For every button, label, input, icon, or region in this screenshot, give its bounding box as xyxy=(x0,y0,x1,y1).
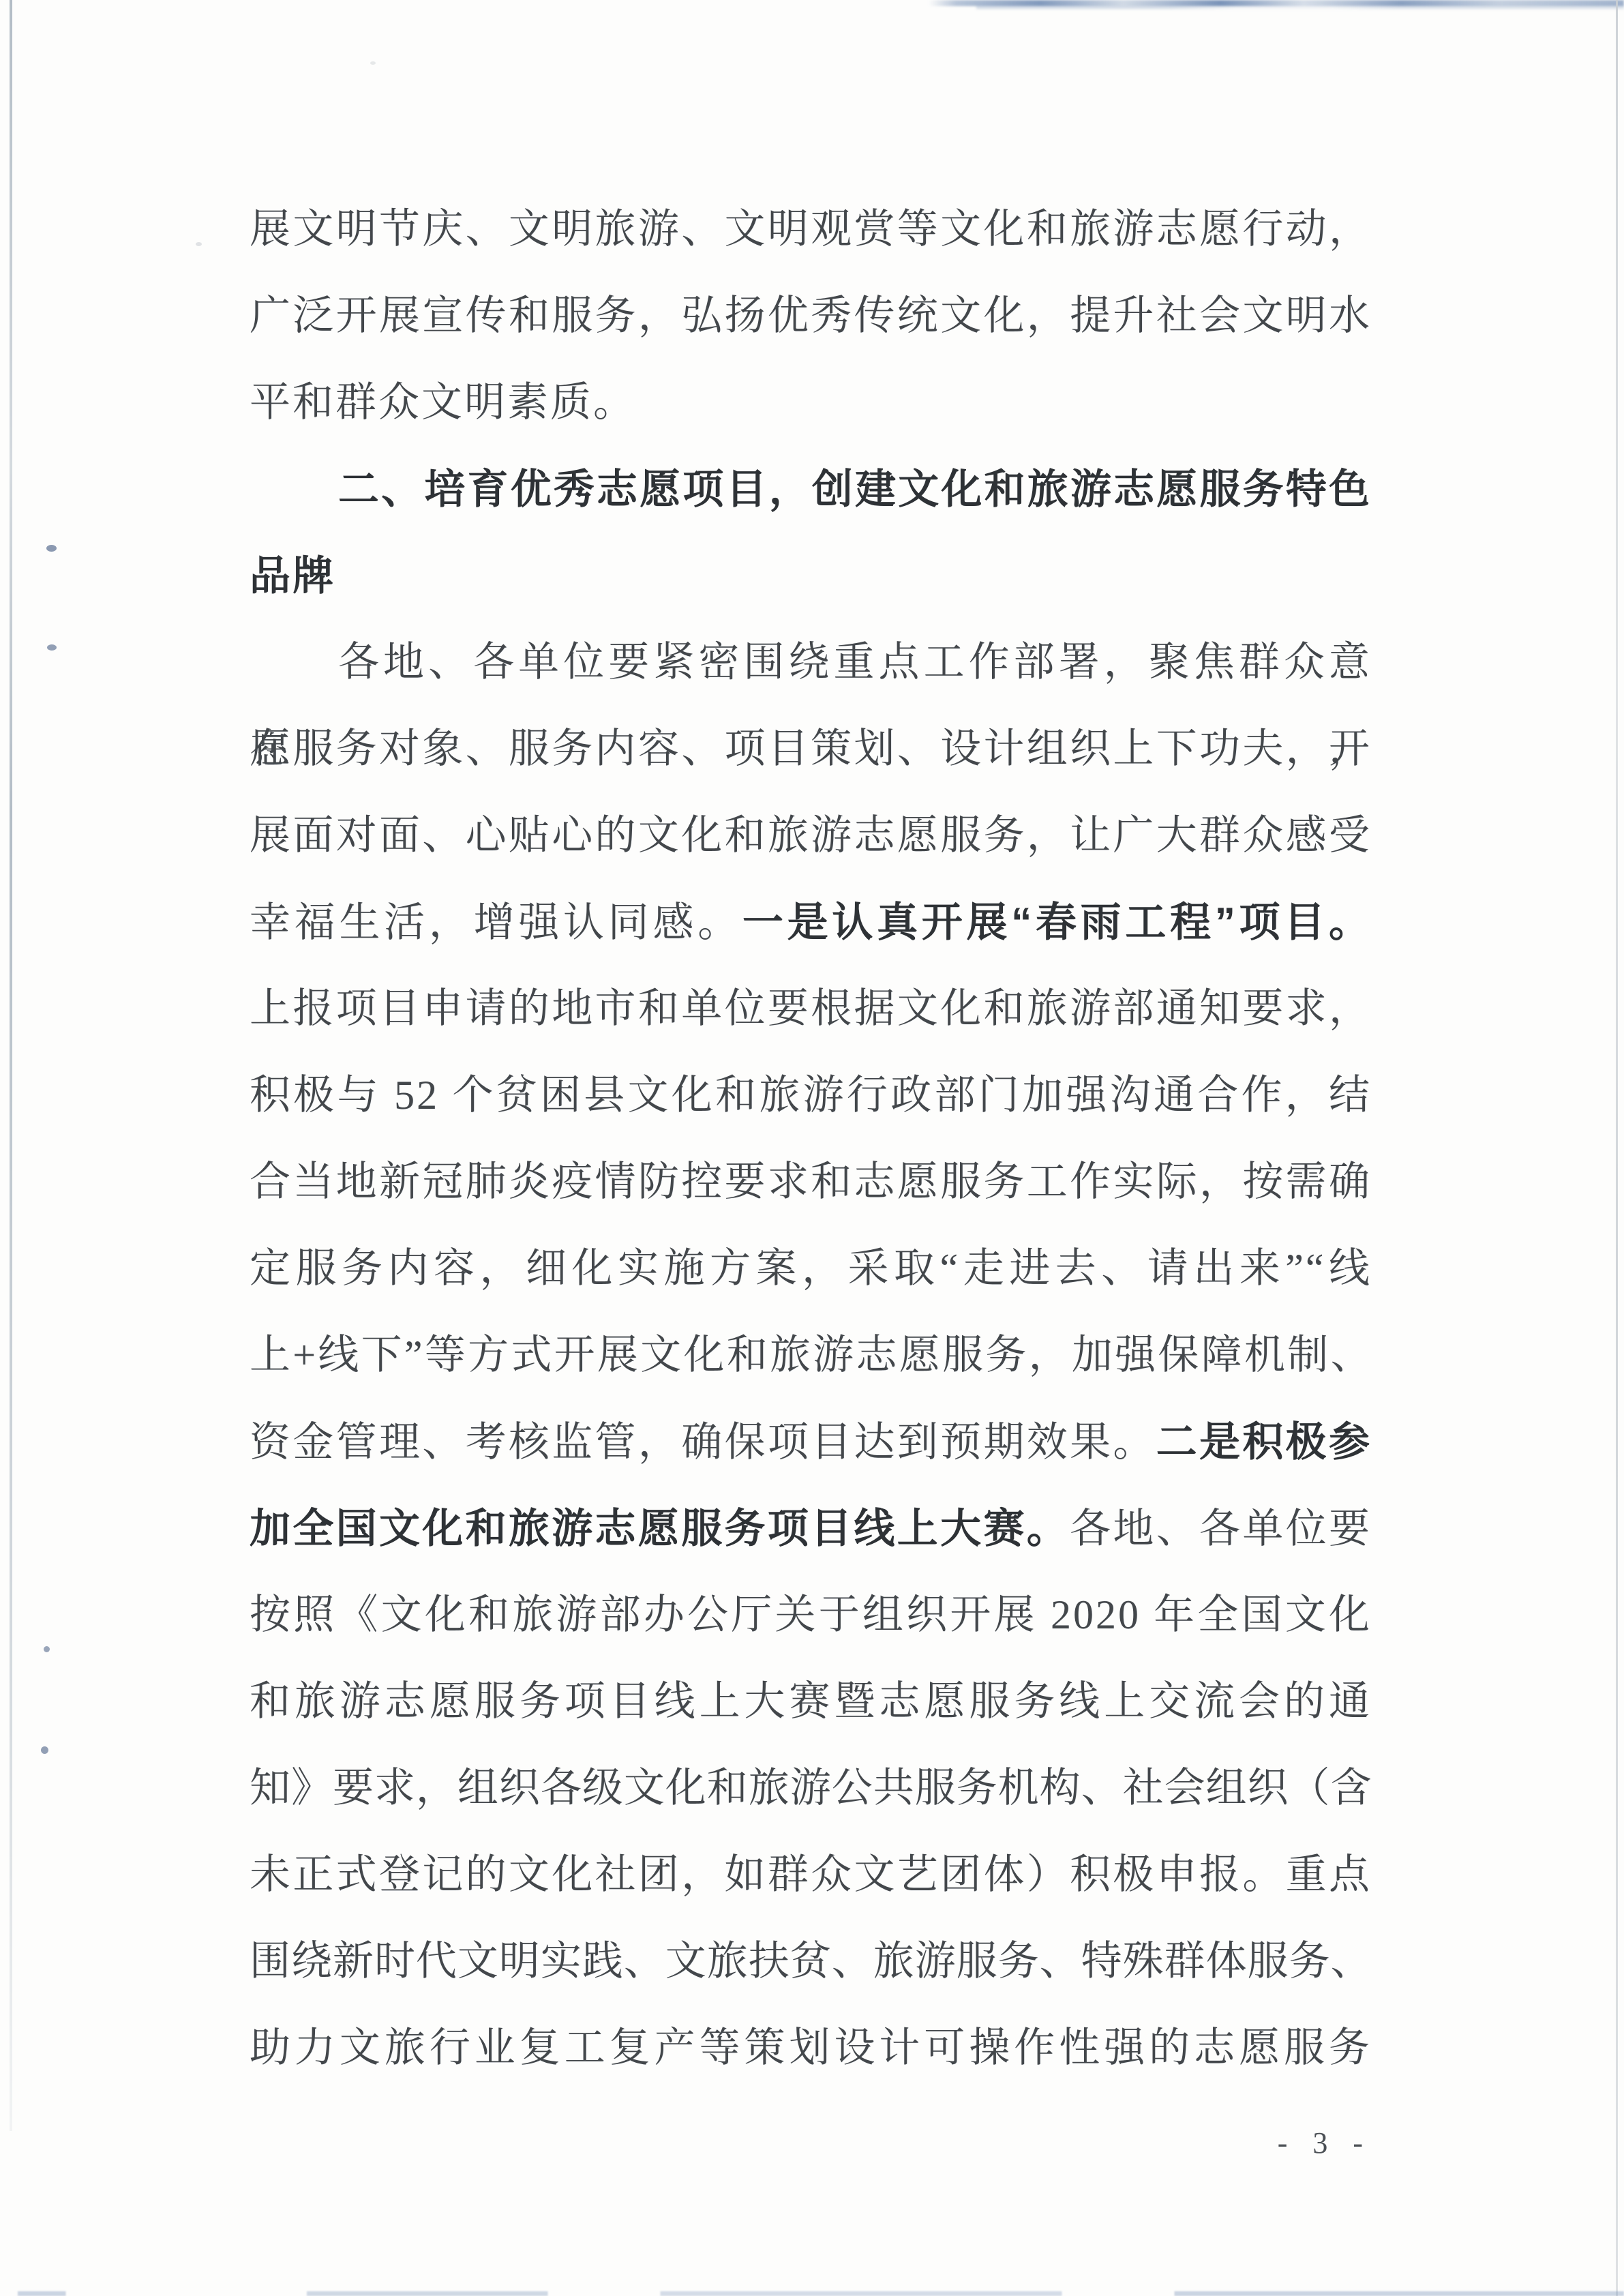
body-text: 在服务对象、服务内容、项目策划、设计组织上下功夫，开 xyxy=(250,726,1372,771)
scan-artifact-left-edge-line xyxy=(10,0,12,2131)
body-text: 平和群众文明素质。 xyxy=(250,380,636,425)
body-text: 广泛开展宣传和服务，弘扬优秀传统文化，提升社会文明水 xyxy=(250,293,1372,338)
body-text: 上报项目申请的地市和单位要根据文化和旅游部通知要求， xyxy=(250,986,1372,1031)
emphasis-text: 加全国文化和旅游志愿服务项目线上大赛。 xyxy=(250,1506,1070,1551)
text-line: 平和群众文明素质。 xyxy=(250,359,1372,446)
document-page: 展文明节庆、文明旅游、文明观赏等文化和旅游志愿行动，广泛开展宣传和服务，弘扬优秀… xyxy=(0,0,1624,2296)
text-line: 幸福生活，增强认同感。一是认真开展“春雨工程”项目。 xyxy=(250,879,1372,966)
body-text: 围绕新时代文明实践、文旅扶贫、旅游服务、特殊群体服务、 xyxy=(250,1939,1372,1984)
text-line: 各地、各单位要紧密围绕重点工作部署，聚焦群众意愿， xyxy=(250,619,1372,706)
text-line: 展文明节庆、文明旅游、文明观赏等文化和旅游志愿行动， xyxy=(250,186,1372,273)
scan-artifact-right-edge-line xyxy=(1616,0,1618,2296)
page-number: - 3 - xyxy=(1278,2122,1372,2164)
body-text: 各地、各单位要 xyxy=(1070,1506,1372,1551)
scan-artifact-top-smudge xyxy=(929,0,1624,6)
emphasis-text: 品牌 xyxy=(250,553,335,599)
text-line: 广泛开展宣传和服务，弘扬优秀传统文化，提升社会文明水 xyxy=(250,273,1372,359)
body-text: 知》要求，组织各级文化和旅游公共服务机构、社会组织（含 xyxy=(250,1765,1372,1810)
text-line: 品牌 xyxy=(250,533,1372,619)
scan-artifact-speck xyxy=(47,644,57,651)
body-text: 合当地新冠肺炎疫情防控要求和志愿服务工作实际，按需确 xyxy=(250,1159,1372,1204)
scan-artifact-speck xyxy=(46,545,57,552)
body-text: 展面对面、心贴心的文化和旅游志愿服务，让广大群众感受 xyxy=(250,813,1372,858)
text-line: 助力文旅行业复工复产等策划设计可操作性强的志愿服务 xyxy=(250,2005,1372,2091)
text-line: 上报项目申请的地市和单位要根据文化和旅游部通知要求， xyxy=(250,966,1372,1052)
scan-artifact-speck xyxy=(44,1646,50,1652)
scan-artifact-speck xyxy=(41,1746,48,1754)
emphasis-text: 二是积极参 xyxy=(1156,1419,1372,1465)
body-text: 积极与 52 个贫困县文化和旅游行政部门加强沟通合作，结 xyxy=(250,1073,1372,1118)
body-text: 助力文旅行业复工复产等策划设计可操作性强的志愿服务 xyxy=(250,2025,1372,2070)
body-text: 按照《文化和旅游部办公厅关于组织开展 2020 年全国文化 xyxy=(250,1592,1372,1637)
text-line: 二、培育优秀志愿项目，创建文化和旅游志愿服务特色 xyxy=(250,446,1372,533)
scan-artifact-speck xyxy=(196,242,202,246)
body-text: 和旅游志愿服务项目线上大赛暨志愿服务线上交流会的通 xyxy=(250,1679,1372,1724)
emphasis-text: 二、培育优秀志愿项目，创建文化和旅游志愿服务特色 xyxy=(338,466,1372,512)
text-line: 定服务内容，细化实施方案，采取“走进去、请出来”“线 xyxy=(250,1225,1372,1312)
text-line: 展面对面、心贴心的文化和旅游志愿服务，让广大群众感受 xyxy=(250,792,1372,879)
text-line: 合当地新冠肺炎疫情防控要求和志愿服务工作实际，按需确 xyxy=(250,1139,1372,1225)
text-line: 加全国文化和旅游志愿服务项目线上大赛。各地、各单位要 xyxy=(250,1485,1372,1572)
text-line: 围绕新时代文明实践、文旅扶贫、旅游服务、特殊群体服务、 xyxy=(250,1918,1372,2005)
text-line: 未正式登记的文化社团，如群众文艺团体）积极申报。重点 xyxy=(250,1832,1372,1918)
text-line: 上+线下”等方式开展文化和旅游志愿服务，加强保障机制、 xyxy=(250,1312,1372,1399)
body-text: 上+线下”等方式开展文化和旅游志愿服务，加强保障机制、 xyxy=(250,1332,1372,1377)
body-text: 未正式登记的文化社团，如群众文艺团体）积极申报。重点 xyxy=(250,1852,1372,1897)
text-line: 按照《文化和旅游部办公厅关于组织开展 2020 年全国文化 xyxy=(250,1572,1372,1658)
text-line: 和旅游志愿服务项目线上大赛暨志愿服务线上交流会的通 xyxy=(250,1658,1372,1745)
scan-artifact-bottom-smudge xyxy=(18,2291,1624,2296)
scan-artifact-speck xyxy=(370,61,376,65)
text-line: 积极与 52 个贫困县文化和旅游行政部门加强沟通合作，结 xyxy=(250,1052,1372,1139)
text-line: 在服务对象、服务内容、项目策划、设计组织上下功夫，开 xyxy=(250,706,1372,792)
document-body: 展文明节庆、文明旅游、文明观赏等文化和旅游志愿行动，广泛开展宣传和服务，弘扬优秀… xyxy=(250,186,1372,2091)
body-text: 资金管理、考核监管，确保项目达到预期效果。 xyxy=(250,1420,1156,1465)
body-text: 展文明节庆、文明旅游、文明观赏等文化和旅游志愿行动， xyxy=(250,207,1372,252)
body-text: 幸福生活，增强认同感。 xyxy=(250,900,742,945)
body-text: 定服务内容，细化实施方案，采取“走进去、请出来”“线 xyxy=(250,1246,1372,1291)
text-line: 资金管理、考核监管，确保项目达到预期效果。二是积极参 xyxy=(250,1399,1372,1485)
emphasis-text: 一是认真开展“春雨工程”项目。 xyxy=(742,899,1372,945)
text-line: 知》要求，组织各级文化和旅游公共服务机构、社会组织（含 xyxy=(250,1745,1372,1832)
